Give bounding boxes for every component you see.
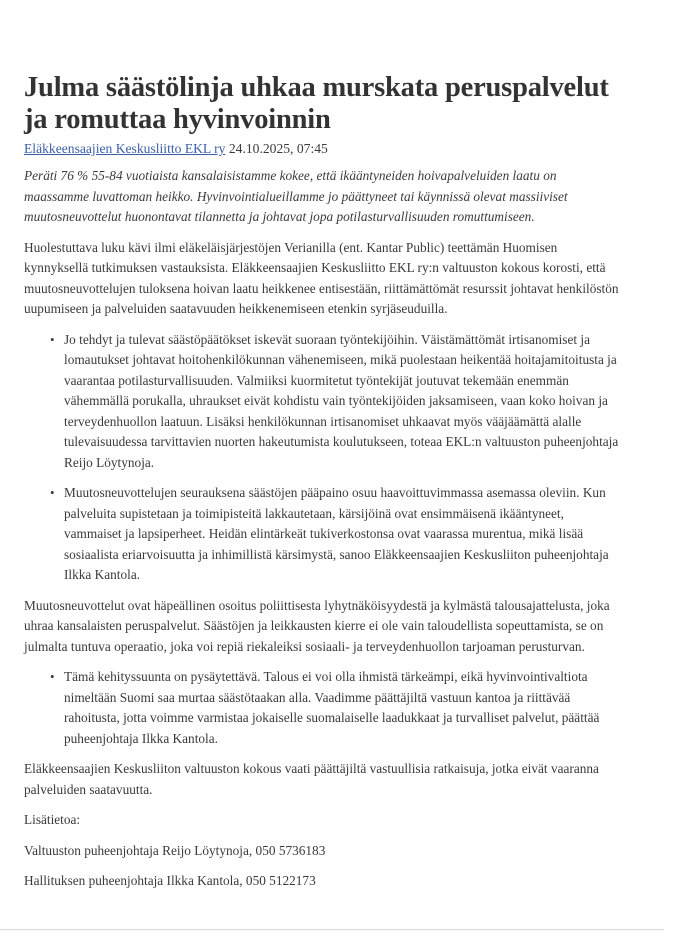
press-release: Julma säästölinja uhkaa murskata peruspa…: [24, 72, 624, 892]
bullet-icon: •: [50, 667, 55, 688]
article-meta: Eläkkeensaajien Keskusliitto EKL ry 24.1…: [24, 140, 624, 158]
publish-datetime: 24.10.2025, 07:45: [229, 141, 328, 156]
contact-2: Hallituksen puheenjohtaja Ilkka Kantola,…: [24, 871, 624, 892]
paragraph-2: Muutosneuvottelut ovat häpeällinen osoit…: [24, 596, 624, 658]
bullet-item: • Muutosneuvottelujen seurauksena säästö…: [64, 483, 624, 586]
bullet-icon: •: [50, 483, 55, 504]
bullet-text: Muutosneuvottelujen seurauksena säästöje…: [64, 485, 609, 582]
bullet-icon: •: [50, 330, 55, 351]
contact-1: Valtuuston puheenjohtaja Reijo Löytynoja…: [24, 841, 624, 862]
bullet-list-2: • Tämä kehityssuunta on pysäytettävä. Ta…: [24, 667, 624, 749]
source-link[interactable]: Eläkkeensaajien Keskusliitto EKL ry: [24, 141, 225, 156]
bullet-item: • Jo tehdyt ja tulevat säästöpäätökset i…: [64, 330, 624, 474]
bullet-item: • Tämä kehityssuunta on pysäytettävä. Ta…: [64, 667, 624, 749]
bullet-text: Jo tehdyt ja tulevat säästöpäätökset isk…: [64, 332, 618, 470]
bullet-list-1: • Jo tehdyt ja tulevat säästöpäätökset i…: [24, 330, 624, 586]
paragraph-3: Eläkkeensaajien Keskusliiton valtuuston …: [24, 759, 624, 800]
paragraph-1: Huolestuttava luku kävi ilmi eläkeläisjä…: [24, 238, 624, 320]
article-title: Julma säästölinja uhkaa murskata peruspa…: [24, 72, 624, 136]
bullet-text: Tämä kehityssuunta on pysäytettävä. Talo…: [64, 669, 599, 746]
more-info-label: Lisätietoa:: [24, 810, 624, 831]
page-bottom-edge: [0, 929, 664, 930]
article-lead: Peräti 76 % 55-84 vuotiaista kansalaisis…: [24, 166, 624, 228]
